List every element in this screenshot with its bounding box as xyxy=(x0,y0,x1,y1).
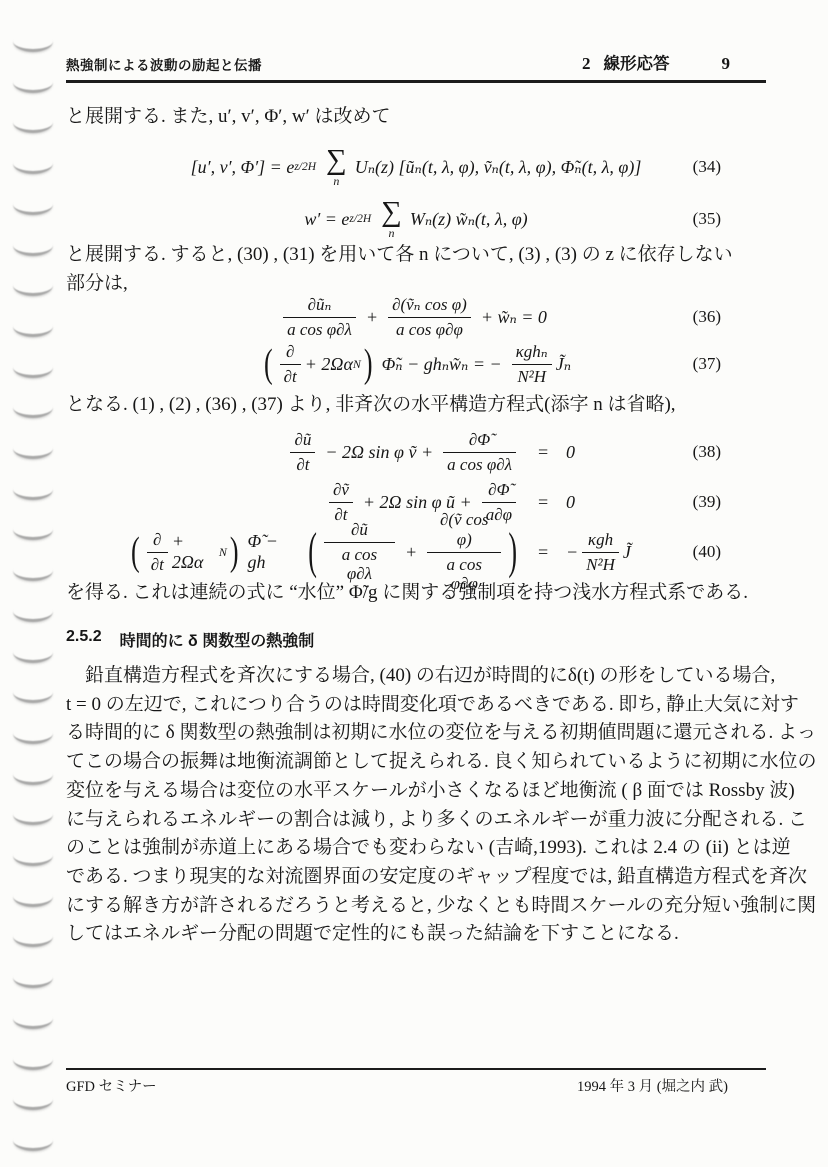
fraction: ∂ ∂t xyxy=(147,530,168,574)
numerator: ∂Φ̃ xyxy=(443,430,516,453)
paragraph-line: のことは強制が赤道上にある場合でも変わらない (吉崎,1993). これは 2.… xyxy=(66,834,817,863)
binding-hole xyxy=(13,1008,53,1029)
binding-hole xyxy=(13,845,53,866)
running-title: 熱強制による波動の励起と伝播 xyxy=(66,54,262,74)
header-page-number: 9 xyxy=(722,54,767,74)
eq36-number: (36) xyxy=(693,307,721,327)
denominator: ∂t xyxy=(147,553,168,575)
eq38-mid: − 2Ω sin φ ṽ + xyxy=(325,442,433,463)
sigma-subscript: n xyxy=(389,227,395,239)
fraction: ∂ũ ∂t xyxy=(290,430,315,474)
numerator: ∂ṽ xyxy=(329,480,353,503)
binding-hole xyxy=(13,764,53,785)
binding-hole xyxy=(13,31,53,52)
paragraph-line: と展開する. すると, (30) , (31) を用いて各 n について, (3… xyxy=(66,240,733,269)
numerator: ∂Φ̃ xyxy=(482,480,516,503)
paragraph-line: を得る. これは連続の式に “水位” Φ̃/g に関する強制項を持つ浅水方程式系… xyxy=(66,578,748,607)
eq35-lhs: w′ = e xyxy=(304,209,349,230)
section-number: 2.5.2 xyxy=(66,628,102,651)
equation-37: ( ∂ ∂t + 2ΩαN ) Φ̃ₙ − ghₙw̃ₙ = − κghₙ N²… xyxy=(66,340,766,388)
header-section-number: 2 xyxy=(582,54,591,74)
paragraph-line: 変位を与える場合は変位の水平スケールが小さくなるほど地衡流 ( β 面では Ro… xyxy=(66,777,817,806)
eq39-number: (39) xyxy=(693,492,721,512)
fraction: ∂(ṽₙ cos φ) a cos φ∂φ xyxy=(388,295,471,339)
paragraph-line: にする解き方が許されるだろうと考えると, 少なくとも時間スケールの充分短い強制に… xyxy=(66,892,817,921)
equals-sign: = xyxy=(520,542,566,563)
eq40-number: (40) xyxy=(693,542,721,562)
plus-operator: + xyxy=(366,307,378,328)
paragraph-line: る時間的に δ 関数型の熱強制は初期に水位の変位を与える初期値問題に還元される.… xyxy=(66,719,817,748)
header-rule xyxy=(66,80,766,83)
eq34-number: (34) xyxy=(693,157,721,177)
paragraph-line: である. つまり現実的な対流圏界面の安定度のギャップ程度では, 鉛直構造方程式を… xyxy=(66,863,817,892)
eq34-lhs: [u′, v′, Φ′] = e xyxy=(191,157,295,178)
equals-sign: = xyxy=(520,442,566,463)
equation-38: ∂ũ ∂t − 2Ω sin φ ṽ + ∂Φ̃ a cos φ∂λ = 0 (… xyxy=(66,426,766,478)
binding-hole xyxy=(13,804,53,825)
footer-seminar-name: GFD セミナー xyxy=(66,1075,157,1096)
fraction: ∂ũₙ a cos φ∂λ xyxy=(283,295,356,339)
numerator: ∂ xyxy=(147,530,168,553)
footer-rule xyxy=(66,1068,766,1070)
binding-hole xyxy=(13,723,53,744)
fraction: ∂ ∂t xyxy=(280,342,301,386)
binding-hole xyxy=(13,357,53,378)
subscript-N: N xyxy=(219,545,227,560)
eq40-tail: J̃ xyxy=(623,542,631,563)
fraction: κgh N²H xyxy=(582,530,619,574)
eq38-number: (38) xyxy=(693,442,721,462)
binding-hole xyxy=(13,438,53,459)
binding-hole xyxy=(13,926,53,947)
fraction: κghₙ N²H xyxy=(512,342,552,386)
minus-sign: − xyxy=(566,542,578,563)
paragraph-line: t = 0 の左辺で, これにつり合うのは時間変化項であるべきである. 即ち, … xyxy=(66,691,817,720)
denominator: a cos φ∂φ xyxy=(388,318,471,340)
binding-hole xyxy=(13,194,53,215)
fraction: ∂Φ̃ a cos φ∂λ xyxy=(443,430,516,474)
eq40-mid2: Φ̃ − gh xyxy=(248,531,300,573)
aligned-equation: ∂ũ ∂t − 2Ω sin φ ṽ + ∂Φ̃ a cos φ∂λ = 0 xyxy=(128,430,575,474)
numerator: ∂ũₙ xyxy=(283,295,356,318)
numerator: ∂ xyxy=(280,342,301,365)
equation-36: ∂ũₙ a cos φ∂λ + ∂(ṽₙ cos φ) a cos φ∂φ + … xyxy=(66,292,766,342)
binding-hole xyxy=(13,275,53,296)
binding-hole xyxy=(13,1049,53,1070)
paragraph-line: となる. (1) , (2) , (36) , (37) より, 非斉次の水平構… xyxy=(66,390,676,419)
binding-hole xyxy=(13,316,53,337)
equals-sign: = xyxy=(520,492,566,513)
equation-34: [u′, v′, Φ′] = ez/2H ∑ n Uₙ(z) [ũₙ(t, λ,… xyxy=(66,138,766,196)
sigma-glyph: ∑ xyxy=(326,147,347,175)
header-section-title: 線形応答 xyxy=(604,50,670,74)
binding-hole xyxy=(13,397,53,418)
equation-40: ( ∂ ∂t + 2ΩαN ) Φ̃ − gh ( ∂ũ a cos φ∂λ +… xyxy=(66,524,766,580)
numerator: ∂ũ xyxy=(324,520,395,543)
denominator: a cos φ∂λ xyxy=(443,453,516,475)
binding-hole xyxy=(13,72,53,93)
eq36-tail: + w̃ₙ = 0 xyxy=(481,307,547,328)
eq38-rhs: 0 xyxy=(566,442,575,463)
subscript-N: N xyxy=(353,357,361,372)
eq35-exponent: z/2H xyxy=(349,213,371,225)
denominator: ∂t xyxy=(290,453,315,475)
eq40-mid: + 2Ωα xyxy=(172,531,219,573)
scanned-page: 熱強制による波動の励起と伝播 2 線形応答 9 と展開する. また, u′, v… xyxy=(0,0,828,1167)
summation-symbol: ∑ n xyxy=(381,199,402,240)
numerator: ∂(ṽₙ cos φ) xyxy=(388,295,471,318)
binding-hole xyxy=(13,1130,53,1151)
eq35-rhs: Wₙ(z) w̃ₙ(t, λ, φ) xyxy=(410,209,528,230)
binding-hole xyxy=(13,153,53,174)
binding-hole xyxy=(13,601,53,622)
binding-hole xyxy=(13,967,53,988)
numerator: κgh xyxy=(582,530,619,553)
denominator: N²H xyxy=(512,365,552,387)
eq37-tail: J̃ₙ xyxy=(556,354,571,375)
paragraph-line: 鉛直構造方程式を斉次にする場合, (40) の右辺が時間的にδ(t) の形をして… xyxy=(66,662,817,691)
denominator: ∂t xyxy=(280,365,301,387)
equation-35: w′ = ez/2H ∑ n Wₙ(z) w̃ₙ(t, λ, φ) (35) xyxy=(66,196,766,242)
binding-hole xyxy=(13,886,53,907)
eq35-number: (35) xyxy=(693,209,721,229)
sigma-glyph: ∑ xyxy=(381,199,402,227)
eq34-rhs: Uₙ(z) [ũₙ(t, λ, φ), ṽₙ(t, λ, φ), Φ̃ₙ(t, … xyxy=(355,157,642,178)
eq37-mid2: Φ̃ₙ − ghₙw̃ₙ = − xyxy=(382,354,502,375)
plus-operator: + xyxy=(405,542,417,563)
paragraph-line: てこの場合の振舞は地衡流調節として捉えられる. 良く知られているように初期に水位… xyxy=(66,748,817,777)
binding-hole xyxy=(13,519,53,540)
binding-hole xyxy=(13,235,53,256)
eq34-exponent: z/2H xyxy=(294,161,316,173)
paragraph-line: に与えられるエネルギーの割合は減り, より多くのエネルギーが重力波に分配される.… xyxy=(66,806,817,835)
body-paragraph: 鉛直構造方程式を斉次にする場合, (40) の右辺が時間的にδ(t) の形をして… xyxy=(66,662,817,949)
header-section-info: 2 線形応答 9 xyxy=(582,50,766,74)
numerator: ∂ũ xyxy=(290,430,315,453)
eq37-mid: + 2Ωα xyxy=(305,354,353,375)
denominator: N²H xyxy=(582,553,619,575)
binding-hole xyxy=(13,112,53,133)
section-title: 時間的に δ 関数型の熱強制 xyxy=(120,628,315,651)
fraction: ∂ũ a cos φ∂λ xyxy=(324,520,395,584)
eq37-number: (37) xyxy=(693,354,721,374)
eq39-rhs: 0 xyxy=(566,492,575,513)
binding-hole xyxy=(13,560,53,581)
page-header: 熱強制による波動の励起と伝播 2 線形応答 9 xyxy=(66,50,766,74)
binding-hole xyxy=(13,1089,53,1110)
section-heading: 2.5.2 時間的に δ 関数型の熱強制 xyxy=(66,628,314,651)
page-footer: GFD セミナー 1994 年 3 月 (堀之内 武) xyxy=(66,1075,766,1096)
numerator: κghₙ xyxy=(512,342,552,365)
denominator: a cos φ∂λ xyxy=(283,318,356,340)
binding-hole xyxy=(13,642,53,663)
binding-hole xyxy=(13,682,53,703)
summation-symbol: ∑ n xyxy=(326,147,347,188)
paragraph-line: してはエネルギー分配の問題で定性的にも誤った結論を下すことになる. xyxy=(66,920,817,949)
sigma-subscript: n xyxy=(333,175,339,187)
binding-hole xyxy=(13,479,53,500)
eq39-mid: + 2Ω sin φ ũ + xyxy=(363,492,472,513)
numerator: ∂(ṽ cos φ) xyxy=(427,510,501,552)
paragraph-line: と展開する. また, u′, v′, Φ′, w′ は改めて xyxy=(66,102,391,131)
footer-date-author: 1994 年 3 月 (堀之内 武) xyxy=(577,1075,766,1096)
